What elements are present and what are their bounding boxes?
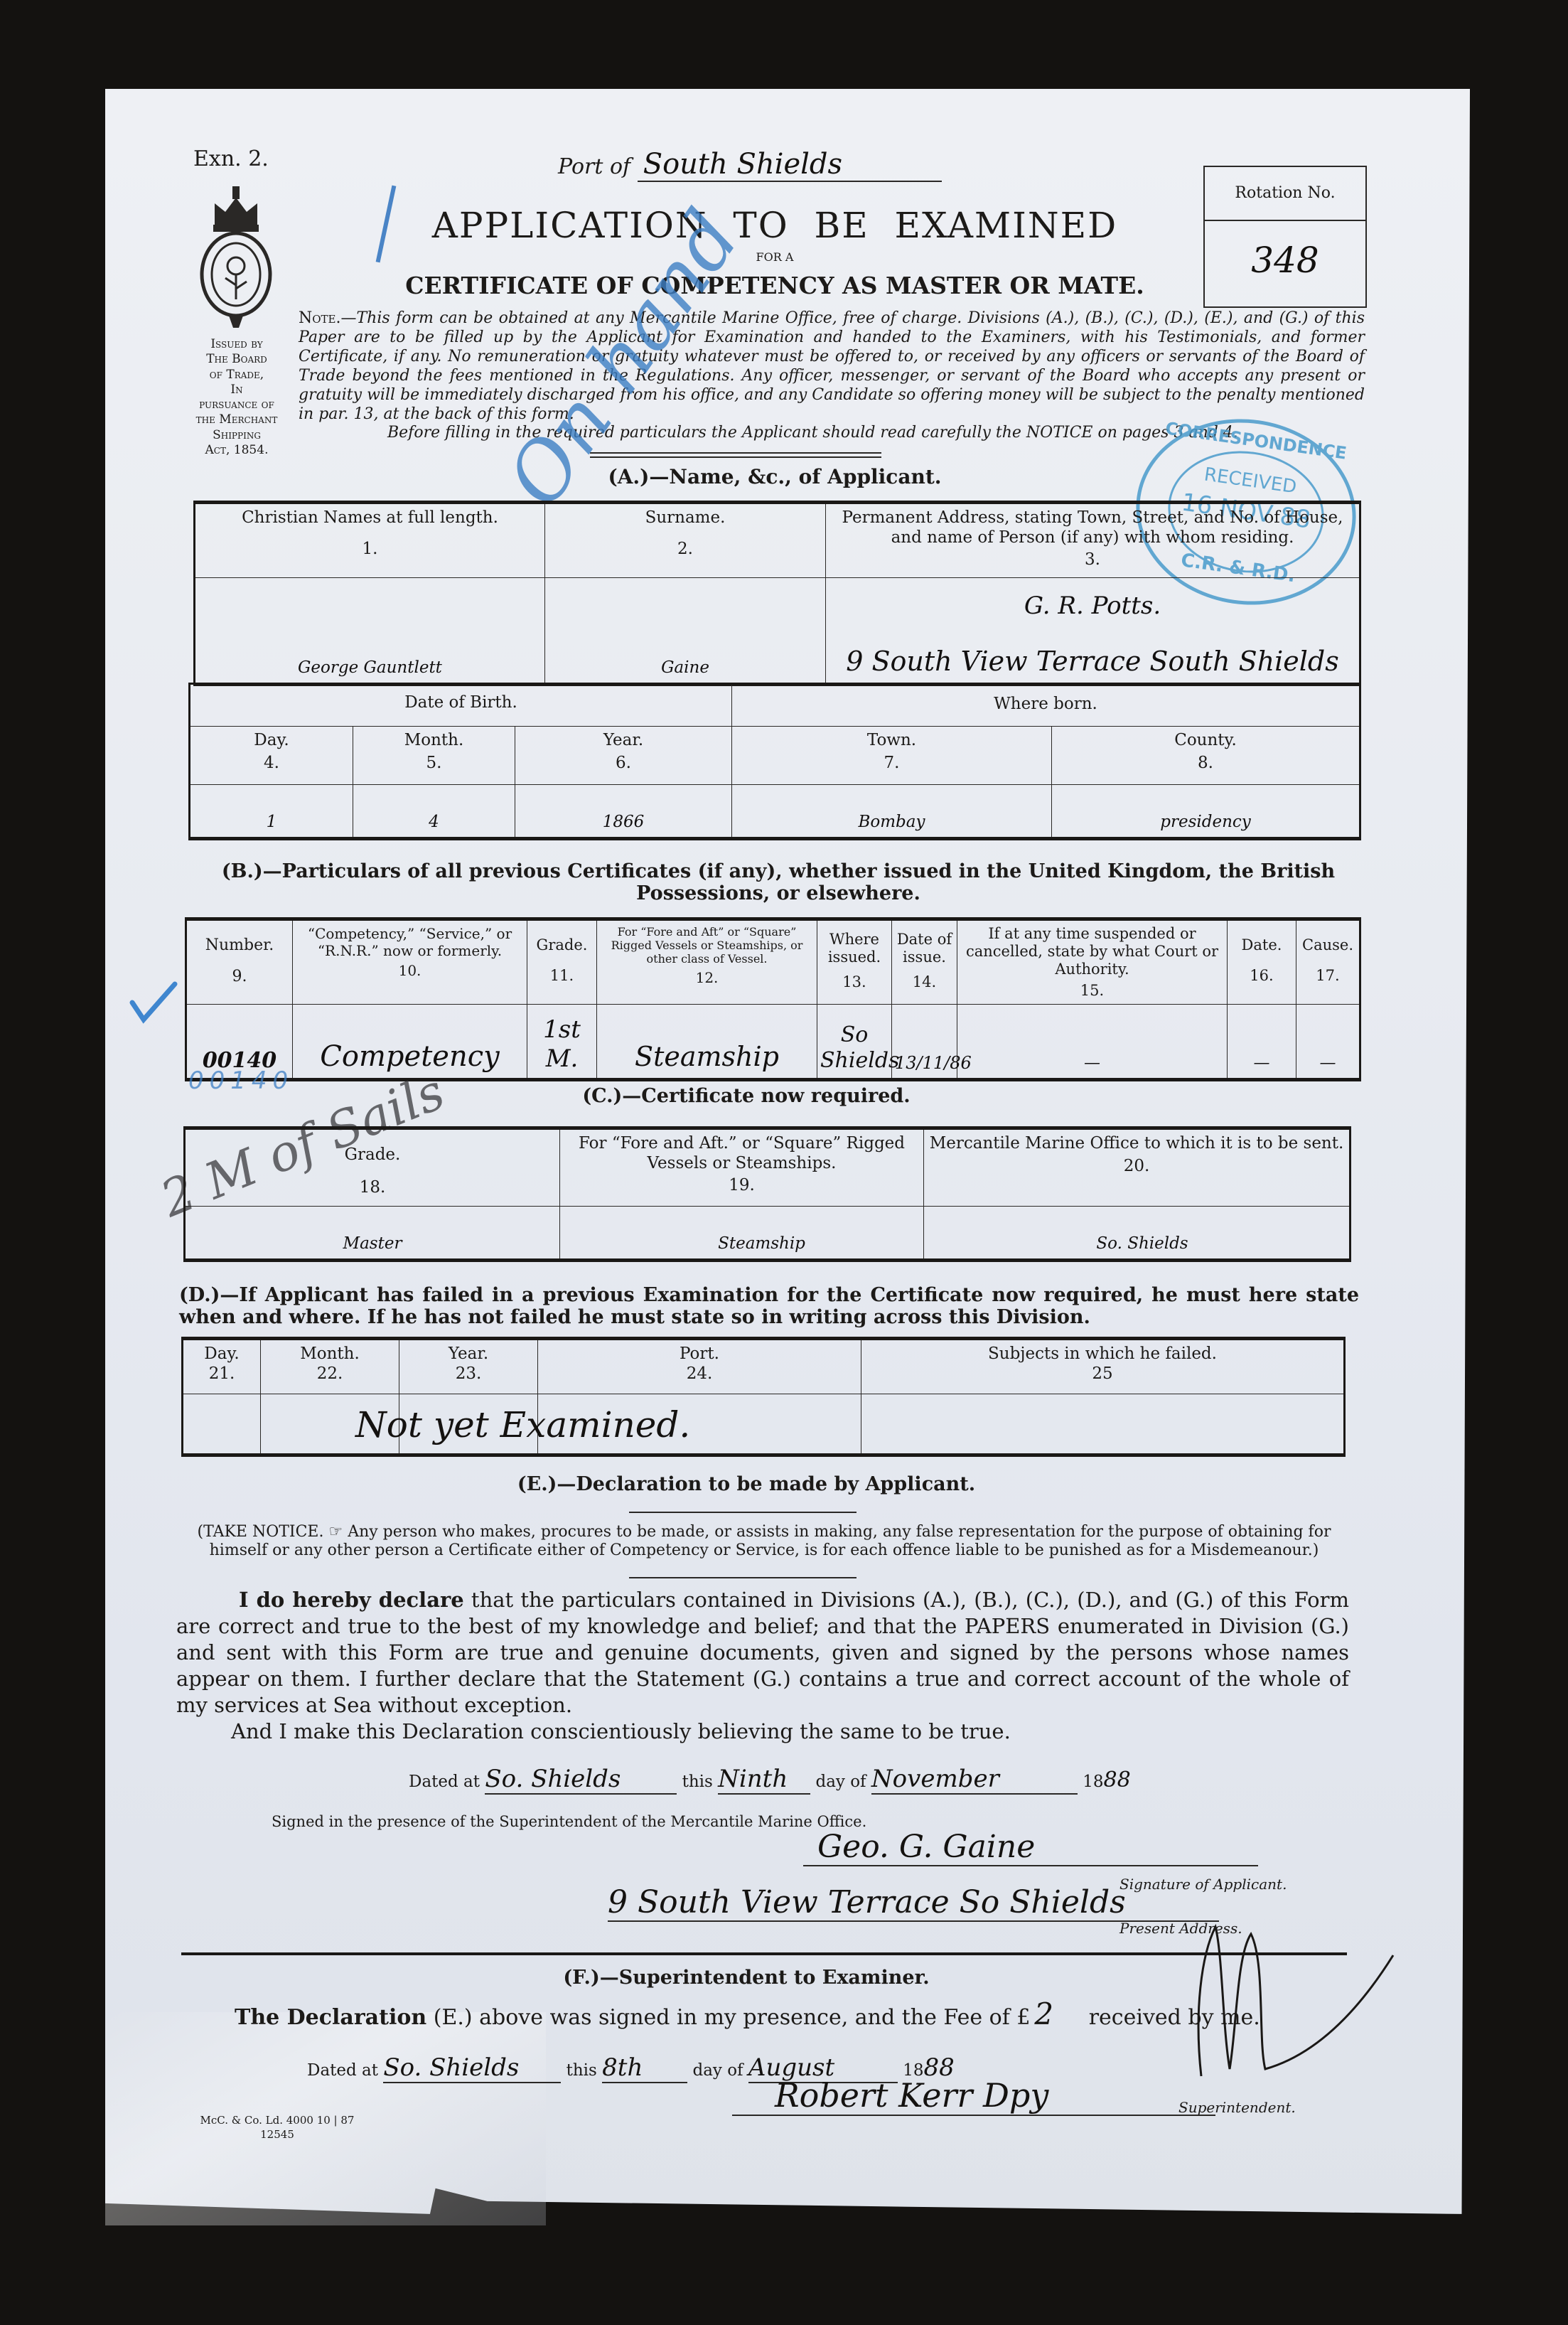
divider bbox=[590, 452, 881, 454]
take-notice: (TAKE NOTICE. ☞ Any person who makes, pr… bbox=[167, 1523, 1361, 1560]
page-subtitle: CERTIFICATE OF COMPETENCY AS MASTER OR M… bbox=[370, 272, 1180, 299]
conscientious-statement: And I make this Declaration conscientiou… bbox=[231, 1719, 1011, 1743]
issued-by: Issued by The Board of Trade, In pursuan… bbox=[190, 337, 283, 458]
birth-town-field[interactable]: Bombay bbox=[732, 785, 1052, 839]
applicant-dated-place[interactable]: So. Shields bbox=[485, 1765, 677, 1795]
applicant-signature[interactable]: Geo. G. Gaine bbox=[803, 1829, 1258, 1866]
rotation-label: Rotation No. bbox=[1205, 167, 1365, 221]
not-examined-note: Not yet Examined. bbox=[355, 1404, 690, 1445]
section-b-title: (B.)—Particulars of all previous Certifi… bbox=[203, 860, 1354, 904]
port-value: South Shields bbox=[638, 148, 942, 182]
suspended-authority[interactable]: — bbox=[957, 1004, 1228, 1079]
address-note: G. R. Potts. bbox=[829, 592, 1356, 621]
applicant-dated-year[interactable]: 88 bbox=[1103, 1768, 1130, 1792]
prev-cert-grade[interactable]: 1st M. bbox=[527, 1004, 597, 1079]
blue-check-icon bbox=[128, 981, 178, 1024]
title-for-a: FOR A bbox=[398, 250, 1151, 264]
superintendent-signature[interactable]: Robert Kerr Dpy bbox=[732, 2076, 1215, 2116]
birth-month-field[interactable]: 4 bbox=[353, 785, 515, 839]
section-d-title: (D.)—If Applicant has failed in a previo… bbox=[179, 1284, 1359, 1328]
signature-flourish bbox=[1173, 1913, 1407, 2083]
address-field[interactable]: G. R. Potts. 9 South View Terrace South … bbox=[826, 578, 1360, 685]
crest-icon bbox=[193, 182, 279, 331]
port-field: Port of South Shields bbox=[558, 148, 942, 182]
form-code: Exn. 2. bbox=[193, 146, 269, 171]
prev-cert-vessel[interactable]: Steamship bbox=[597, 1004, 817, 1079]
prev-cert-date[interactable]: 13/11/86 bbox=[892, 1004, 957, 1079]
declaration-paragraph: I do hereby declare that the particulars… bbox=[176, 1587, 1349, 1719]
divider bbox=[629, 1577, 857, 1578]
superintendent-dated-place[interactable]: So. Shields bbox=[383, 2053, 561, 2083]
surname-field[interactable]: Gaine bbox=[545, 578, 826, 685]
printer-imprint: McC. & Co. Ld. 4000 10 | 87 12545 bbox=[171, 2113, 384, 2142]
rotation-box: Rotation No. 348 bbox=[1203, 166, 1367, 308]
section-e-title: (E.)—Declaration to be made by Applicant… bbox=[426, 1473, 1066, 1495]
birth-table: Date of Birth. Where born. Day.4. Month.… bbox=[188, 683, 1361, 840]
applicant-dated-month[interactable]: November bbox=[871, 1765, 1078, 1795]
applicant-dated-line: Dated at So. Shields this Ninth day of N… bbox=[409, 1765, 1131, 1795]
page-title: APPLICATION TO BE EXAMINED bbox=[398, 205, 1151, 246]
required-grade-field[interactable]: Master bbox=[185, 1207, 560, 1261]
prev-cert-where[interactable]: So Shields bbox=[817, 1004, 892, 1079]
note-paragraph: Note.—This form can be obtained at any M… bbox=[299, 309, 1365, 424]
superintendent-label: Superintendent. bbox=[1178, 2099, 1296, 2116]
birth-year-field[interactable]: 1866 bbox=[515, 785, 732, 839]
failed-subjects-field[interactable] bbox=[861, 1394, 1345, 1455]
prev-cert-type[interactable]: Competency bbox=[293, 1004, 527, 1079]
present-address-value[interactable]: 9 South View Terrace So Shields bbox=[608, 1884, 1219, 1922]
section-a-table: Christian Names at full length.1. Surnam… bbox=[193, 501, 1361, 686]
rotation-value: 348 bbox=[1205, 221, 1365, 299]
superintendent-dated-day[interactable]: 8th bbox=[602, 2053, 687, 2083]
section-b-table: Number.9. “Competency,” “Service,” or “R… bbox=[185, 917, 1361, 1081]
divider bbox=[181, 1952, 1347, 1955]
applicant-dated-day[interactable]: Ninth bbox=[718, 1765, 810, 1795]
signed-presence: Signed in the presence of the Superinten… bbox=[272, 1813, 866, 1830]
section-a-title: (A.)—Name, &c., of Applicant. bbox=[398, 465, 1151, 488]
divider bbox=[629, 1512, 857, 1513]
christian-names-field[interactable]: George Gauntlett bbox=[195, 578, 545, 685]
failed-day-field[interactable] bbox=[183, 1394, 261, 1455]
required-office-field[interactable]: So. Shields bbox=[924, 1207, 1350, 1261]
divider bbox=[590, 456, 881, 458]
section-f-title: (F.)—Superintendent to Examiner. bbox=[462, 1967, 1031, 1989]
suspended-cause[interactable]: — bbox=[1296, 1004, 1360, 1079]
section-c-table: Grade.18. For “Fore and Aft.” or “Square… bbox=[183, 1126, 1351, 1262]
birth-county-field[interactable]: presidency bbox=[1052, 785, 1360, 839]
blue-certificate-number: 00140 bbox=[188, 1067, 294, 1095]
fee-amount[interactable]: 2 bbox=[1030, 1997, 1082, 2031]
required-vessel-field[interactable]: Steamship bbox=[560, 1207, 924, 1261]
birth-day-field[interactable]: 1 bbox=[190, 785, 353, 839]
suspended-date[interactable]: — bbox=[1228, 1004, 1296, 1079]
section-c-title: (C.)—Certificate now required. bbox=[498, 1085, 995, 1107]
